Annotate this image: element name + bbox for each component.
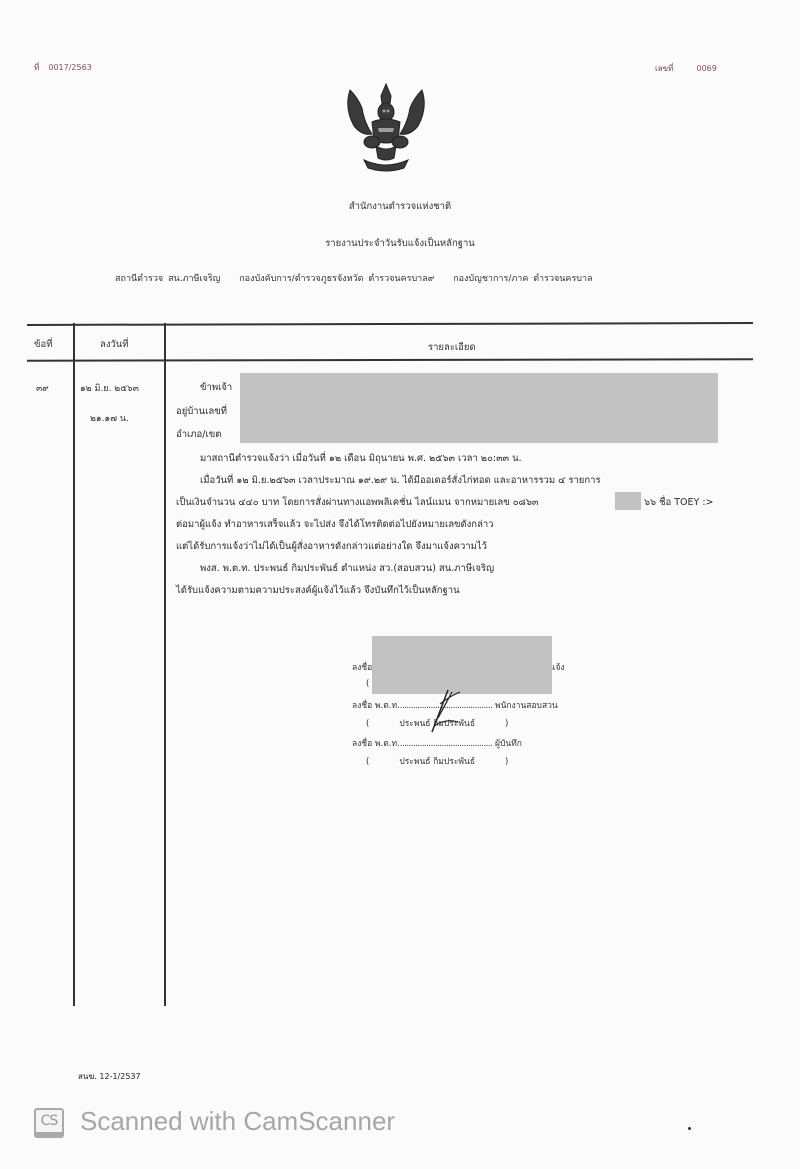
- redacted-reporter-signature: [372, 636, 552, 694]
- reporter-label: ข้าพเจ้า: [200, 380, 232, 395]
- book-number-label: เลขที่: [655, 64, 673, 73]
- address-label: อยู่บ้านเลขที่: [176, 404, 227, 419]
- police-station: สถานีตำรวจ สน.ภาษีเจริญ: [115, 274, 220, 284]
- details-line: พงส. พ.ต.ท. ประพนธ์ กิมประพันธ์ ตำแหน่ง …: [200, 561, 494, 576]
- signature-prefix: ลงชื่อ พ.ต.ท.: [352, 739, 400, 749]
- signature-prefix: ลงชื่อ: [352, 663, 372, 673]
- details-line: มาสถานีตำรวจแจ้งว่า เมื่อวันที่ ๑๒ เดือน…: [200, 451, 522, 466]
- camscanner-logo-icon: CS: [34, 1108, 64, 1138]
- camscanner-watermark: Scanned with CamScanner: [80, 1106, 395, 1137]
- signature-reporter: ลงชื่อ: [352, 660, 372, 674]
- table-top-rule: [27, 322, 753, 326]
- table-column-divider: [164, 323, 166, 1006]
- police-division: กองบังคับการ/ตำรวจภูธรจังหวัด ตำรวจนครบา…: [239, 274, 434, 284]
- signature-role: พนักงานสอบสวน: [495, 701, 558, 711]
- details-line: ได้รับแจ้งความตามความประสงค์ผู้แจ้งไว้แล…: [176, 583, 460, 598]
- details-line: แต่ได้รับการแจ้งว่าไม่ได้เป็นผู้สั่งอาหา…: [176, 539, 487, 554]
- details-line: เมื่อวันที่ ๑๒ มิ.ย.๒๕๖๓ เวลาประมาณ ๑๙.๒…: [200, 473, 601, 488]
- form-code: สนฆ. 12-1/2537: [78, 1070, 141, 1083]
- header-date: ลงวันที่: [100, 337, 129, 352]
- report-title: รายงานประจำวันรับแจ้งเป็นหลักฐาน: [0, 236, 800, 251]
- book-number-value: 0069: [696, 64, 716, 73]
- police-bureau: กองบัญชาการ/ภาค ตำรวจนครบาล: [453, 274, 592, 284]
- details-line: ต่อมาผู้แจ้ง ทำอาหารเสร็จแล้ว จะไปส่ง จึ…: [176, 517, 494, 532]
- signature-prefix: ลงชื่อ พ.ต.ท.: [352, 701, 400, 711]
- document-number-value: 0017/2563: [48, 63, 91, 72]
- signature-recorder-name: (ประพนธ์ กิมประพันธ์): [366, 754, 508, 768]
- header-details: รายละเอียด: [428, 340, 476, 355]
- row-date: ๑๒ มิ.ย. ๒๕๖๓: [80, 381, 139, 395]
- signature-recorder: ลงชื่อ พ.ต.ท............................…: [352, 736, 522, 750]
- redacted-phone-digits: [615, 492, 641, 510]
- row-item-no: ๓๙: [36, 381, 49, 395]
- details-line: ๖๖ ชื่อ TOEY :>: [644, 495, 714, 510]
- table-column-divider: [73, 323, 75, 1006]
- document-number: ที่ 0017/2563: [34, 55, 92, 74]
- header-item-no: ข้อที่: [34, 337, 52, 352]
- signature-role: ผู้บันทึก: [495, 739, 522, 749]
- book-number: เลขที่ 0069: [655, 56, 717, 75]
- station-info-line: สถานีตำรวจ สน.ภาษีเจริญ กองบังคับการ/ตำร…: [115, 271, 607, 285]
- document-number-label: ที่: [34, 63, 39, 72]
- district-label: อำเภอ/เขต: [176, 427, 221, 442]
- organization-title: สำนักงานตำรวจแห่งชาติ: [0, 199, 800, 214]
- row-time: ๒๑.๑๗ น.: [90, 411, 129, 425]
- table-header-rule: [27, 358, 753, 362]
- redacted-personal-info: [240, 373, 718, 443]
- handwritten-signature-icon: [420, 688, 470, 738]
- garuda-emblem-icon: [338, 78, 434, 178]
- details-line: เป็นเงินจำนวน ๔๔๐ บาท โดยการสั่งผ่านทางแ…: [176, 495, 538, 510]
- scan-speck: [688, 1127, 691, 1130]
- paren-open: (: [366, 679, 369, 689]
